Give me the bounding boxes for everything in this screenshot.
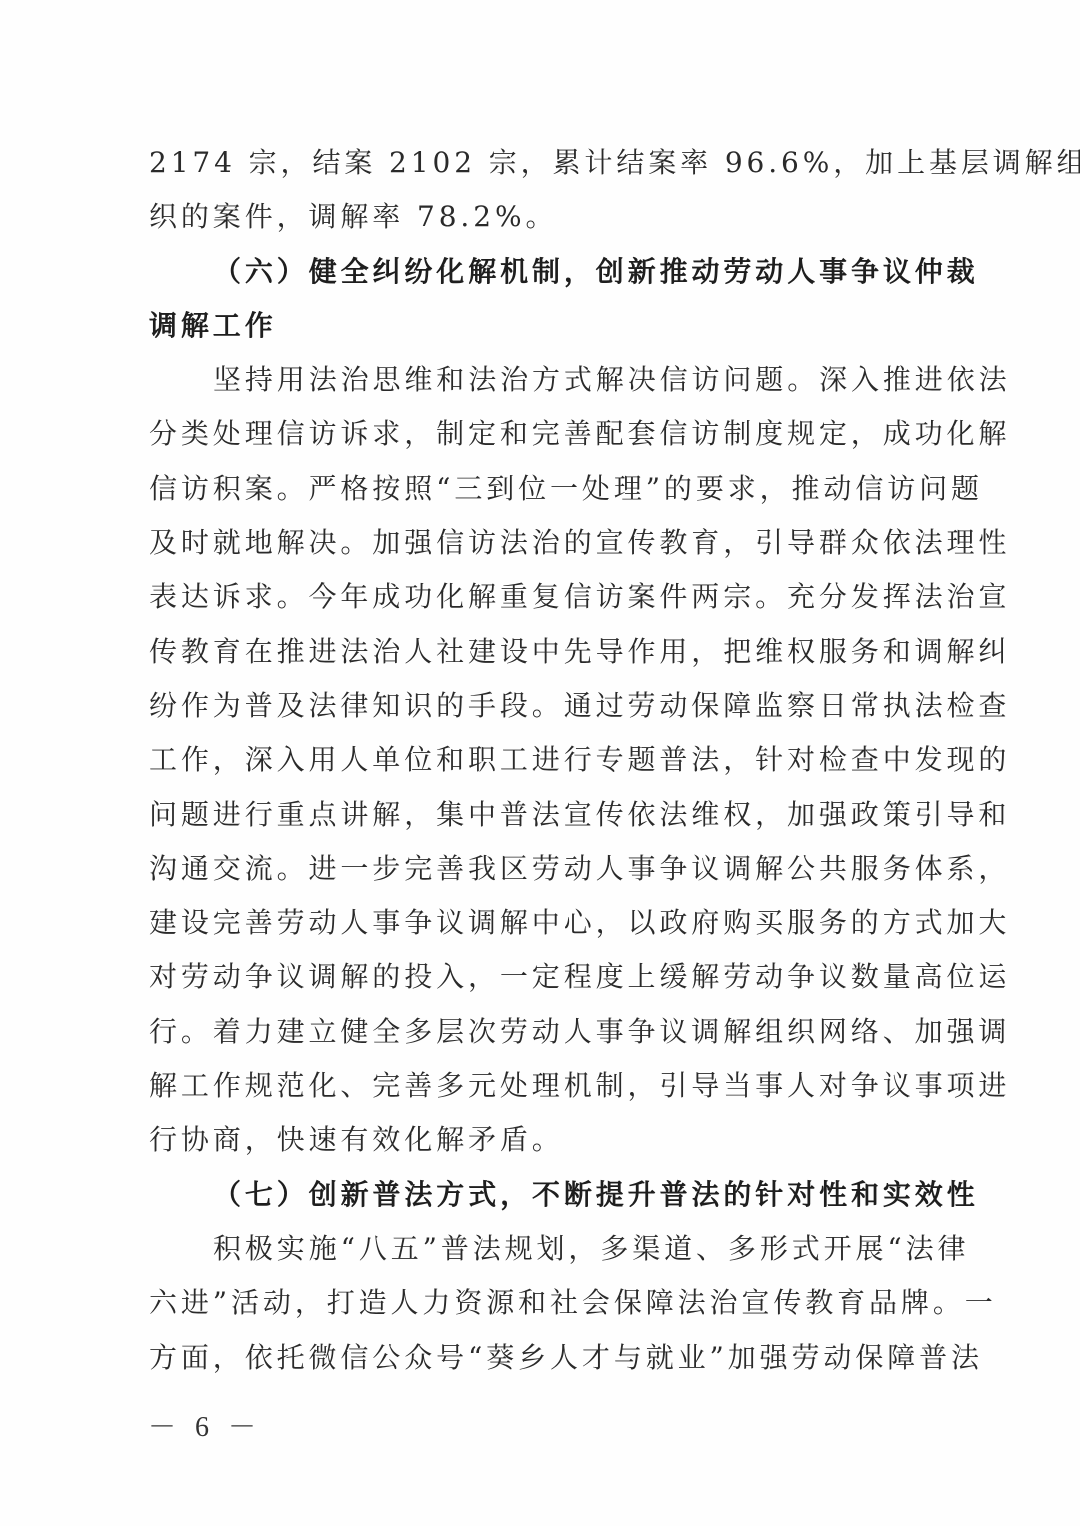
body-line: 表达诉求。今年成功化解重复信访案件两宗。充分发挥法治宣 xyxy=(149,570,919,624)
body-line: 及时就地解决。加强信访法治的宣传教育，引导群众依法理性 xyxy=(149,516,919,570)
paragraph-start: 坚持用法治思维和法治方式解决信访问题。深入推进依法 xyxy=(149,353,919,407)
body-line: 行协商，快速有效化解矛盾。 xyxy=(149,1113,919,1167)
body-line: 问题进行重点讲解，集中普法宣传依法维权，加强政策引导和 xyxy=(149,788,919,842)
section-heading-6-cont: 调解工作 xyxy=(149,299,919,353)
body-line: 行。着力建立健全多层次劳动人事争议调解组织网络、加强调 xyxy=(149,1005,919,1059)
body-line: 对劳动争议调解的投入，一定程度上缓解劳动争议数量高位运 xyxy=(149,950,919,1004)
body-line: 工作，深入用人单位和职工进行专题普法，针对检查中发现的 xyxy=(149,733,919,787)
body-line: 六进”活动，打造人力资源和社会保障法治宣传教育品牌。一 xyxy=(149,1276,919,1330)
body-line: 信访积案。严格按照“三到位一处理”的要求，推动信访问题 xyxy=(149,462,919,516)
document-page: 2174 宗，结案 2102 宗，累计结案率 96.6%，加上基层调解组 织的案… xyxy=(0,0,1080,1526)
body-line: 建设完善劳动人事争议调解中心，以政府购买服务的方式加大 xyxy=(149,896,919,950)
document-body: 2174 宗，结案 2102 宗，累计结案率 96.6%，加上基层调解组 织的案… xyxy=(149,136,919,1385)
page-number: － 6 － xyxy=(148,1405,262,1445)
body-line: 方面，依托微信公众号“葵乡人才与就业”加强劳动保障普法 xyxy=(149,1331,919,1385)
body-line: 2174 宗，结案 2102 宗，累计结案率 96.6%，加上基层调解组 xyxy=(149,136,919,190)
body-line: 解工作规范化、完善多元处理机制，引导当事人对争议事项进 xyxy=(149,1059,919,1113)
body-line: 传教育在推进法治人社建设中先导作用，把维权服务和调解纠 xyxy=(149,625,919,679)
body-line: 纷作为普及法律知识的手段。通过劳动保障监察日常执法检查 xyxy=(149,679,919,733)
section-heading-7: （七）创新普法方式，不断提升普法的针对性和实效性 xyxy=(149,1168,919,1222)
body-line: 分类处理信访诉求，制定和完善配套信访制度规定，成功化解 xyxy=(149,407,919,461)
body-line: 织的案件，调解率 78.2%。 xyxy=(149,190,919,244)
section-heading-6: （六）健全纠纷化解机制，创新推动劳动人事争议仲裁 xyxy=(149,245,919,299)
body-line: 沟通交流。进一步完善我区劳动人事争议调解公共服务体系， xyxy=(149,842,919,896)
paragraph-start: 积极实施“八五”普法规划，多渠道、多形式开展“法律 xyxy=(149,1222,919,1276)
